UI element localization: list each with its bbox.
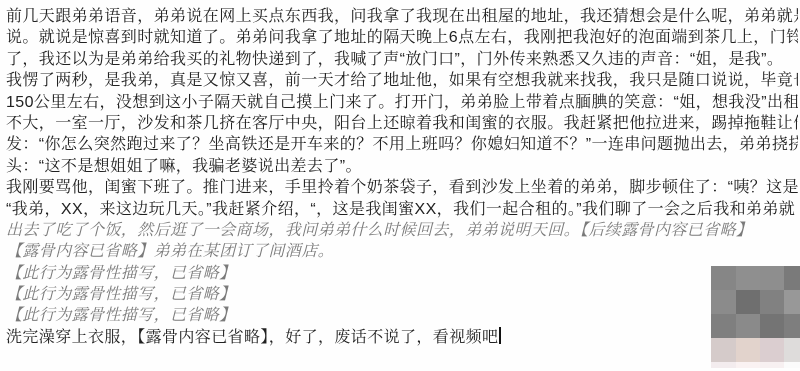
mosaic-cell bbox=[736, 362, 760, 368]
text-line-redacted: 【此行为露骨性描写，已省略】 bbox=[6, 305, 798, 326]
mosaic-cell bbox=[784, 362, 800, 368]
text-line-redacted: 【此行为露骨性描写，已省略】 bbox=[6, 284, 798, 305]
text-cursor[interactable] bbox=[499, 327, 501, 344]
text-line-redacted: 【此行为露骨性描写，已省略】 bbox=[6, 263, 798, 284]
mosaic-cell bbox=[711, 314, 736, 338]
text-line: 发：“你怎么突然跑过来了？坐高铁还是开车来的？不用上班吗？你媳妇知道不？”一连串… bbox=[6, 134, 798, 155]
mosaic-cell bbox=[784, 290, 800, 314]
mosaic-cell bbox=[760, 314, 784, 338]
text-line: 我愣了两秒，是我弟，真是又惊又喜，前一天才给了地址他，如果有空想我就来找我，我只… bbox=[6, 70, 798, 91]
mosaic-cell bbox=[760, 290, 784, 314]
mosaic-cell bbox=[736, 314, 760, 338]
mosaic-cell bbox=[784, 314, 800, 338]
text-line: “我弟，XX，来这边玩几天。”我赶紧介绍，“，这是我闺蜜XX，我们一起合租的。”… bbox=[6, 199, 798, 220]
text-line: 说。就说是惊喜到时就知道了。弟弟问我拿了地址的隔天晚上6点左右，我刚把我泡好的泡… bbox=[6, 27, 798, 48]
text-line-redacted: 【露骨内容已省略】弟弟在某团订了间酒店。 bbox=[6, 241, 798, 262]
mosaic-cell bbox=[711, 290, 736, 314]
pixelated-censor-mosaic bbox=[711, 266, 800, 368]
text-line: 前几天跟弟弟语音，弟弟说在网上买点东西我，问我拿了我现在出租屋的地址，我还猜想会… bbox=[6, 6, 798, 27]
mosaic-cell bbox=[760, 362, 784, 368]
text-line: 不大，一室一厅，沙发和茶几挤在客厅中央，阳台上还晾着我和闺蜜的衣服。我赶紧把他拉… bbox=[6, 113, 798, 134]
text-document: 前几天跟弟弟语音，弟弟说在网上买点东西我，问我拿了我现在出租屋的地址，我还猜想会… bbox=[6, 6, 798, 348]
mosaic-cell bbox=[736, 266, 760, 290]
mosaic-cell bbox=[760, 266, 784, 290]
text-line: 我刚要骂他，闺蜜下班了。推门进来，手里拎着个奶茶袋子，看到沙发上坐着的弟弟，脚步… bbox=[6, 177, 798, 198]
mosaic-cell bbox=[711, 362, 736, 368]
text-line-content: 洗完澡穿上衣服，【露骨内容已省略】，好了，废话不说了，看视频吧 bbox=[6, 329, 498, 346]
text-line: 洗完澡穿上衣服，【露骨内容已省略】，好了，废话不说了，看视频吧 bbox=[6, 327, 798, 348]
mosaic-cell bbox=[711, 266, 736, 290]
text-line: 头：“这不是想姐姐了嘛，我骗老婆说出差去了”。 bbox=[6, 156, 798, 177]
text-line-redacted: 出去了吃了个饭，然后逛了一会商场，我问弟弟什么时候回去，弟弟说明天回。【后续露骨… bbox=[6, 220, 798, 241]
mosaic-cell bbox=[760, 338, 784, 362]
mosaic-cell bbox=[784, 338, 800, 362]
mosaic-cell bbox=[711, 338, 736, 362]
mosaic-cell bbox=[736, 290, 760, 314]
text-line: 150公里左右，没想到这小子隔天就自己摸上门来了。打开门，弟弟脸上带着点腼腆的笑… bbox=[6, 92, 798, 113]
text-line: 了，我还以为是弟弟给我买的礼物快递到了，我喊了声“放门口”，门外传来熟悉又久违的… bbox=[6, 49, 798, 70]
mosaic-cell bbox=[736, 338, 760, 362]
mosaic-cell bbox=[784, 266, 800, 290]
